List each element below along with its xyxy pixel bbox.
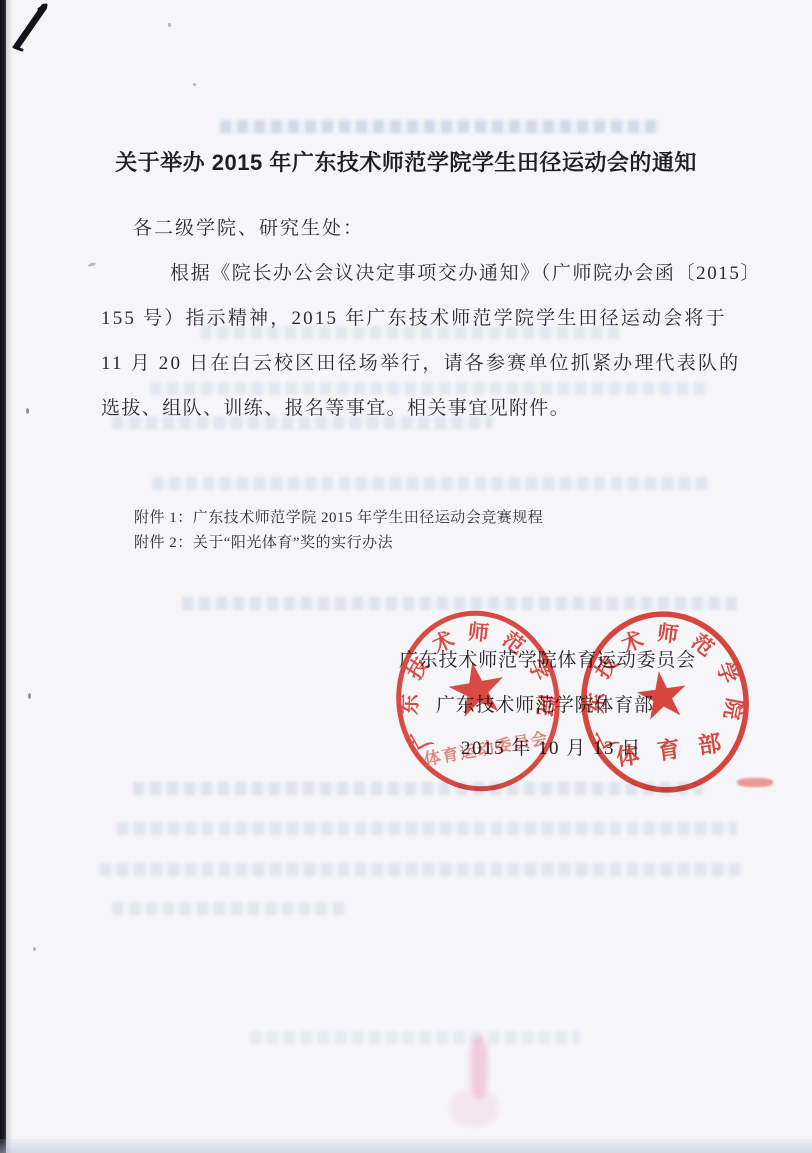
bleedthrough-smudge bbox=[117, 822, 737, 835]
signature-department: 广东技术师范学院体育部 bbox=[436, 690, 654, 717]
bleedthrough-smudge bbox=[182, 597, 737, 610]
attachment-line-2: 附件 2：关于“阳光体育”奖的实行办法 bbox=[134, 531, 393, 552]
bleedthrough-smudge bbox=[112, 902, 347, 915]
bleedthrough-smudge bbox=[100, 863, 740, 876]
scanned-notice-page: { "page": { "title_text": "关于举办 2015 年广东… bbox=[0, 0, 812, 1153]
bleedthrough-smudge bbox=[133, 782, 703, 795]
salutation: 各二级学院、研究生处： bbox=[133, 213, 364, 240]
scan-speck bbox=[193, 83, 196, 86]
notice-title: 关于举办 2015 年广东技术师范学院学生田径运动会的通知 bbox=[0, 146, 812, 177]
body-line: 11 月 20 日在白云校区田径场举行，请各参赛单位抓紧办理代表队的 bbox=[101, 348, 740, 375]
scan-speck bbox=[33, 947, 36, 951]
body-line: 选拔、组队、训练、报名等事宜。相关事宜见附件。 bbox=[101, 393, 570, 420]
body-line: 155 号）指示精神，2015 年广东技术师范学院学生田径运动会将于 bbox=[101, 303, 727, 330]
signature-committee: 广东技术师范学院体育运动委员会 bbox=[399, 645, 696, 672]
scan-speck bbox=[88, 262, 97, 267]
bleedthrough-smudge bbox=[250, 1031, 580, 1044]
scan-speck bbox=[26, 408, 29, 414]
scan-speck bbox=[28, 693, 31, 699]
bleedthrough-smudge bbox=[152, 477, 707, 490]
seal-bleed-mark bbox=[470, 1036, 488, 1098]
body-line: 根据《院长办公会议决定事项交办通知》（广师院办会函〔2015〕 bbox=[170, 258, 761, 285]
attachment-line-1: 附件 1：广东技术师范学院 2015 年学生田径运动会竞赛规程 bbox=[134, 506, 543, 527]
scan-bottom-band bbox=[0, 1139, 812, 1153]
signature-date: 2015 年 10 月 13 日 bbox=[461, 733, 642, 760]
seal-bleed-mark bbox=[450, 1090, 498, 1126]
bleedthrough-smudge bbox=[220, 120, 660, 133]
scan-speck bbox=[168, 23, 171, 27]
seal-bleed-mark bbox=[737, 778, 773, 787]
pen-mark bbox=[6, 0, 60, 60]
